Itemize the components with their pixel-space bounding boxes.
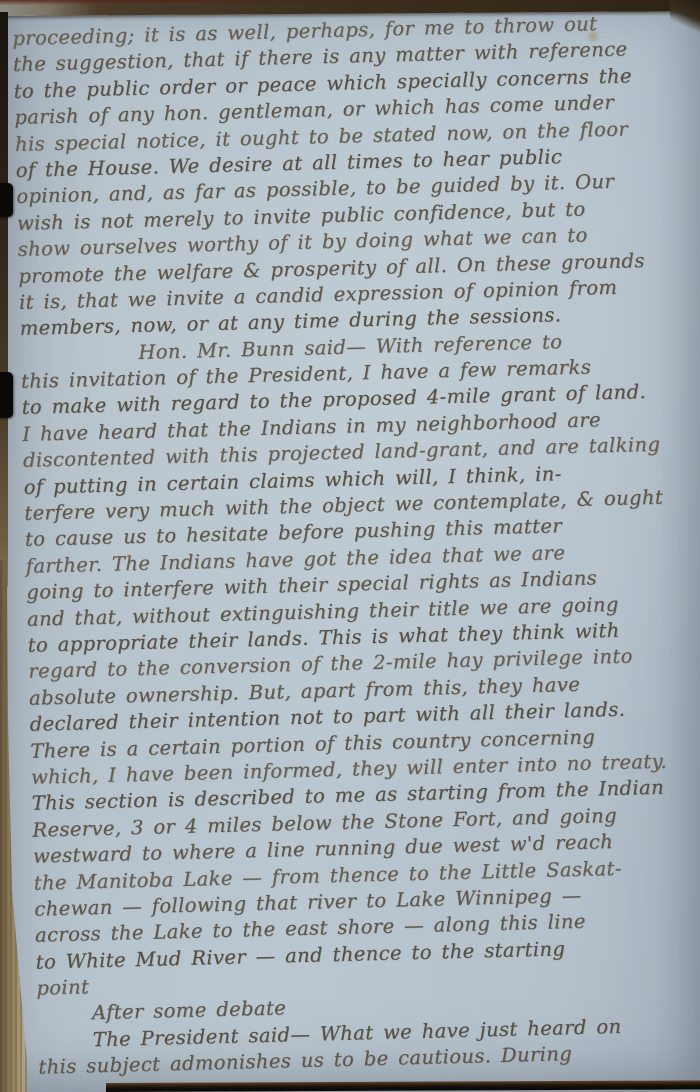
manuscript-page: proceeding; it is as well, perhaps, for …	[0, 0, 700, 1092]
book-binding-edge	[0, 12, 8, 587]
binding-tab	[0, 183, 13, 217]
book-pages-edge	[0, 560, 30, 1092]
manuscript-text: proceeding; it is as well, perhaps, for …	[12, 9, 700, 1082]
book-bottom-edge	[106, 1080, 700, 1092]
binding-tab	[0, 372, 13, 418]
